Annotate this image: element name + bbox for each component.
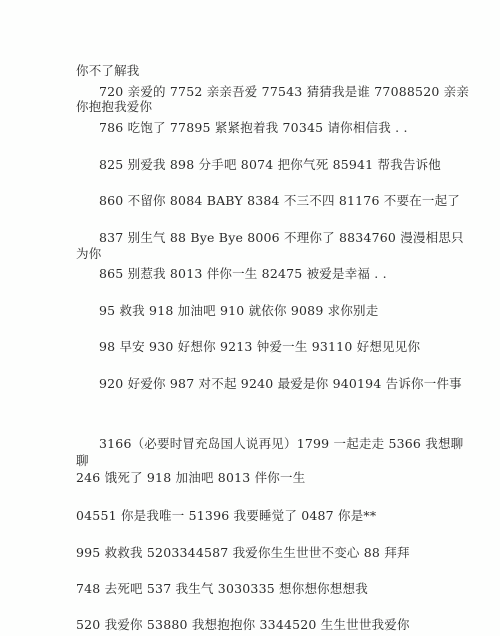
text-line: 04551 你是我唯一 51396 我要睡觉了 0487 你是**: [76, 508, 376, 524]
text-line: 你抱抱我爱你: [76, 99, 152, 115]
text-line: 聊: [76, 453, 89, 469]
text-line: 786 吃饱了 77895 紧紧抱着我 70345 请你相信我 . .: [99, 120, 408, 136]
text-line: 3166（必要时冒充岛国人说再见）1799 一起走走 5366 我想聊: [99, 436, 463, 452]
text-line: 98 早安 930 好想你 9213 钟爱一生 93110 好想见见你: [99, 339, 420, 355]
text-line: 246 饿死了 918 加油吧 8013 伴你一生: [76, 470, 305, 486]
text-line: 为你: [76, 246, 101, 262]
text-line: 860 不留你 8084 BABY 8384 不三不四 81176 不要在一起了: [99, 193, 460, 209]
text-line: 720 亲爱的 7752 亲亲吾爱 77543 猜猜我是谁 77088520 亲…: [99, 84, 469, 100]
text-line: 520 我爱你 53880 我想抱抱你 3344520 生生世世我爱你: [76, 617, 410, 633]
text-line: 995 救救我 5203344587 我爱你生生世世不变心 88 拜拜: [76, 545, 410, 561]
text-line: 825 别爱我 898 分手吧 8074 把你气死 85941 帮我告诉他: [99, 157, 441, 173]
text-line: 920 好爱你 987 对不起 9240 最爱是你 940194 告诉你一件事: [99, 376, 462, 392]
text-line: 865 别惹我 8013 伴你一生 82475 被爱是幸福 . .: [99, 266, 387, 282]
text-line: 748 去死吧 537 我生气 3030335 想你想你想想我: [76, 581, 368, 597]
text-line: 95 救我 918 加油吧 910 就依你 9089 求你别走: [99, 303, 378, 319]
section-title: 你不了解我: [76, 63, 140, 79]
text-line: 837 别生气 88 Bye Bye 8006 不理你了 8834760 漫漫相…: [99, 230, 464, 246]
